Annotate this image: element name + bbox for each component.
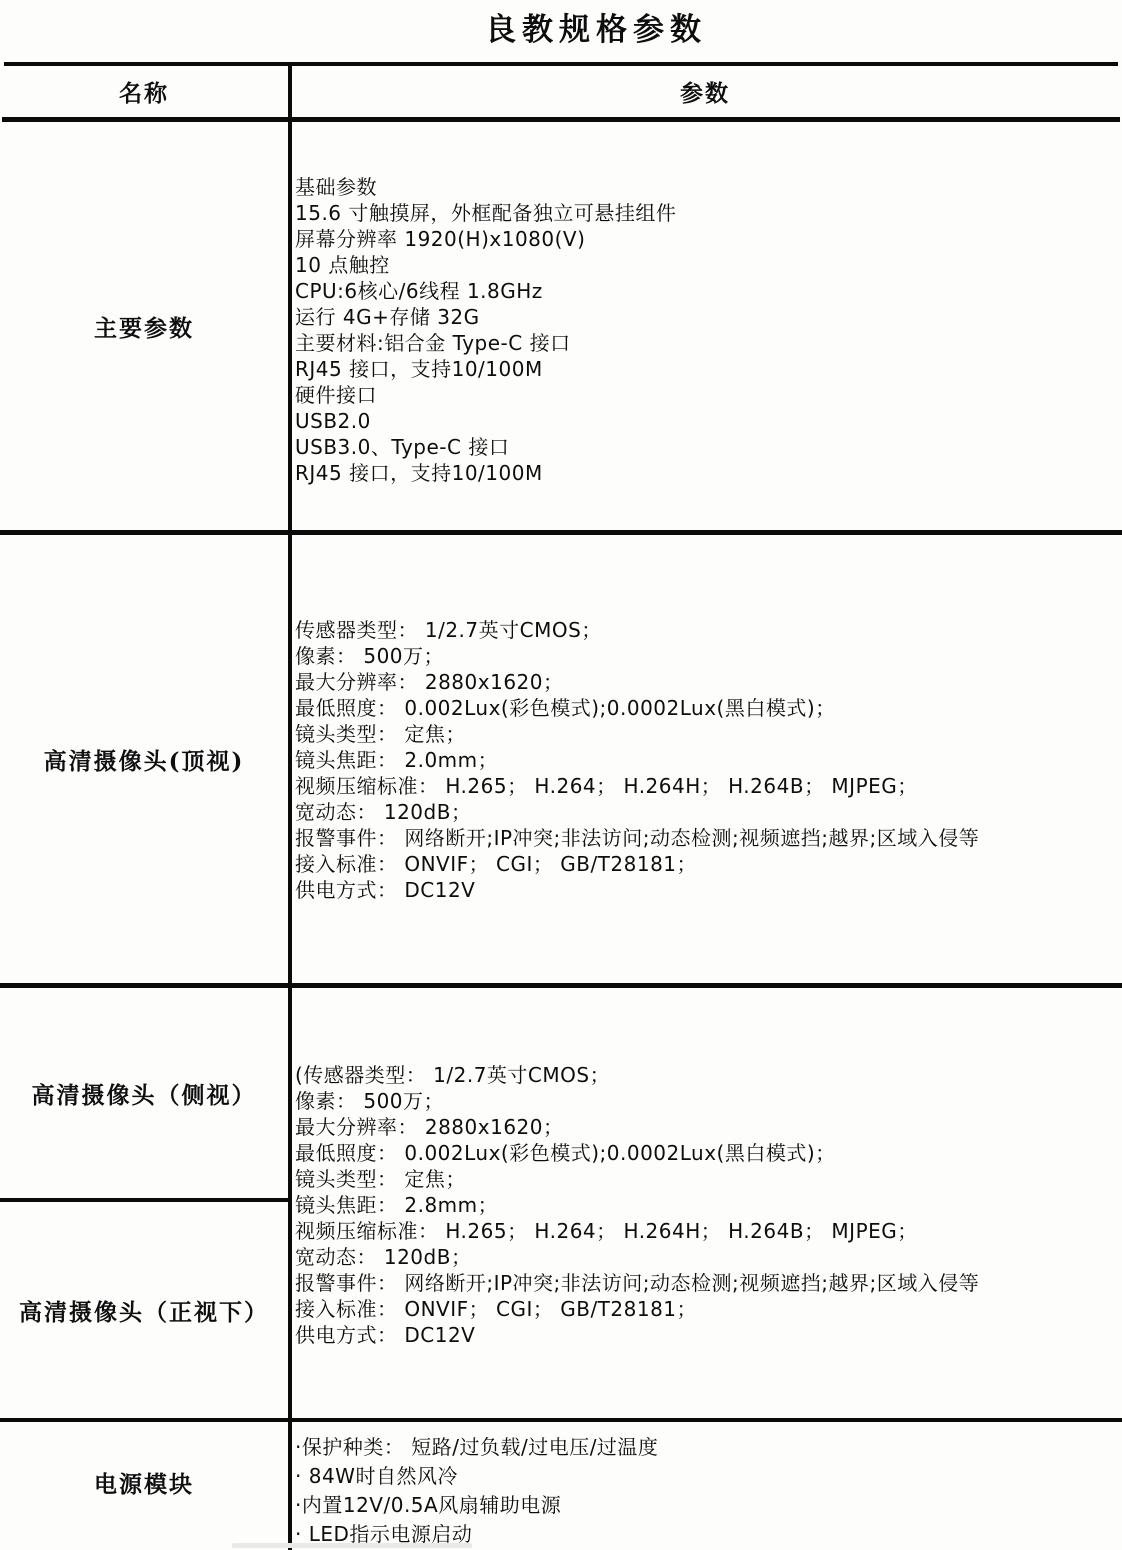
param-line: ·内置12V/0.5A风扇辅助电源 [295,1491,1117,1520]
param-line: 最低照度： 0.002Lux(彩色模式);0.0002Lux(黑白模式)； [295,695,1117,721]
header-name: 名称 [0,64,288,118]
params-power-module: ·保护种类： 短路/过负载/过电压/过温度· 84W时自然风冷·内置12V/0.… [295,1433,1117,1549]
param-line: 视频压缩标准： H.265； H.264； H.264H； H.264B； MJ… [295,773,1117,799]
spec-sheet: 良教规格参数 名称 参数 主要参数 高清摄像头(顶视) 高清摄像头（侧视） 高清… [0,0,1122,1550]
param-line: RJ45 接口，支持10/100M [295,356,1117,382]
param-line: 最大分辨率： 2880x1620； [295,669,1117,695]
param-line: 接入标准： ONVIF； CGI； GB/T28181； [295,1296,1117,1322]
param-line: 供电方式： DC12V [295,1322,1117,1348]
param-line: 供电方式： DC12V [295,877,1117,903]
param-line: 传感器类型： 1/2.7英寸CMOS； [295,617,1117,643]
column-divider [288,62,292,1550]
param-line: 硬件接口 [295,382,1117,408]
param-line: 10 点触控 [295,252,1117,278]
param-line: 最大分辨率： 2880x1620； [295,1114,1117,1140]
param-line: 镜头焦距： 2.8mm； [295,1192,1117,1218]
page-title: 良教规格参数 [0,4,1122,49]
param-line: 视频压缩标准： H.265； H.264； H.264H； H.264B； MJ… [295,1218,1117,1244]
row-label-camera-side: 高清摄像头（侧视） [0,988,288,1198]
param-line: 15.6 寸触摸屏，外框配备独立可悬挂组件 [295,200,1117,226]
param-line: 宽动态： 120dB； [295,799,1117,825]
param-line: 像素： 500万； [295,643,1117,669]
param-line: 接入标准： ONVIF； CGI； GB/T28181； [295,851,1117,877]
row-label-camera-top: 高清摄像头(顶视) [0,535,288,983]
param-line: 报警事件： 网络断开;IP冲突;非法访问;动态检测;视频遮挡;越界;区域入侵等 [295,825,1117,851]
param-line: 像素： 500万； [295,1088,1117,1114]
param-line: 镜头类型： 定焦； [295,1166,1117,1192]
param-line: 屏幕分辨率 1920(H)x1080(V) [295,226,1117,252]
param-line: (传感器类型： 1/2.7英寸CMOS； [295,1062,1117,1088]
param-line: CPU:6核心/6线程 1.8GHz [295,278,1117,304]
header-params: 参数 [292,64,1118,118]
row-label-power-module: 电源模块 [0,1422,288,1542]
params-camera-top: 传感器类型： 1/2.7英寸CMOS；像素： 500万；最大分辨率： 2880x… [295,617,1117,903]
param-line: RJ45 接口，支持10/100M [295,460,1117,486]
param-line: · 84W时自然风冷 [295,1462,1117,1491]
row-label-camera-front: 高清摄像头（正视下） [0,1202,288,1418]
row-label-main-params: 主要参数 [0,122,288,530]
param-line: 最低照度： 0.002Lux(彩色模式);0.0002Lux(黑白模式)； [295,1140,1117,1166]
param-line: 基础参数 [295,174,1117,200]
param-line: 镜头焦距： 2.0mm； [295,747,1117,773]
scan-artifact [232,1543,472,1548]
param-line: USB3.0、Type-C 接口 [295,434,1117,460]
param-line: 宽动态： 120dB； [295,1244,1117,1270]
params-camera-side-front: (传感器类型： 1/2.7英寸CMOS；像素： 500万；最大分辨率： 2880… [295,1062,1117,1348]
param-line: USB2.0 [295,408,1117,434]
param-line: 报警事件： 网络断开;IP冲突;非法访问;动态检测;视频遮挡;越界;区域入侵等 [295,1270,1117,1296]
param-line: 镜头类型： 定焦； [295,721,1117,747]
param-line: ·保护种类： 短路/过负载/过电压/过温度 [295,1433,1117,1462]
params-main: 基础参数15.6 寸触摸屏，外框配备独立可悬挂组件屏幕分辨率 1920(H)x1… [295,174,1117,486]
param-line: 运行 4G+存储 32G [295,304,1117,330]
param-line: 主要材料:铝合金 Type-C 接口 [295,330,1117,356]
